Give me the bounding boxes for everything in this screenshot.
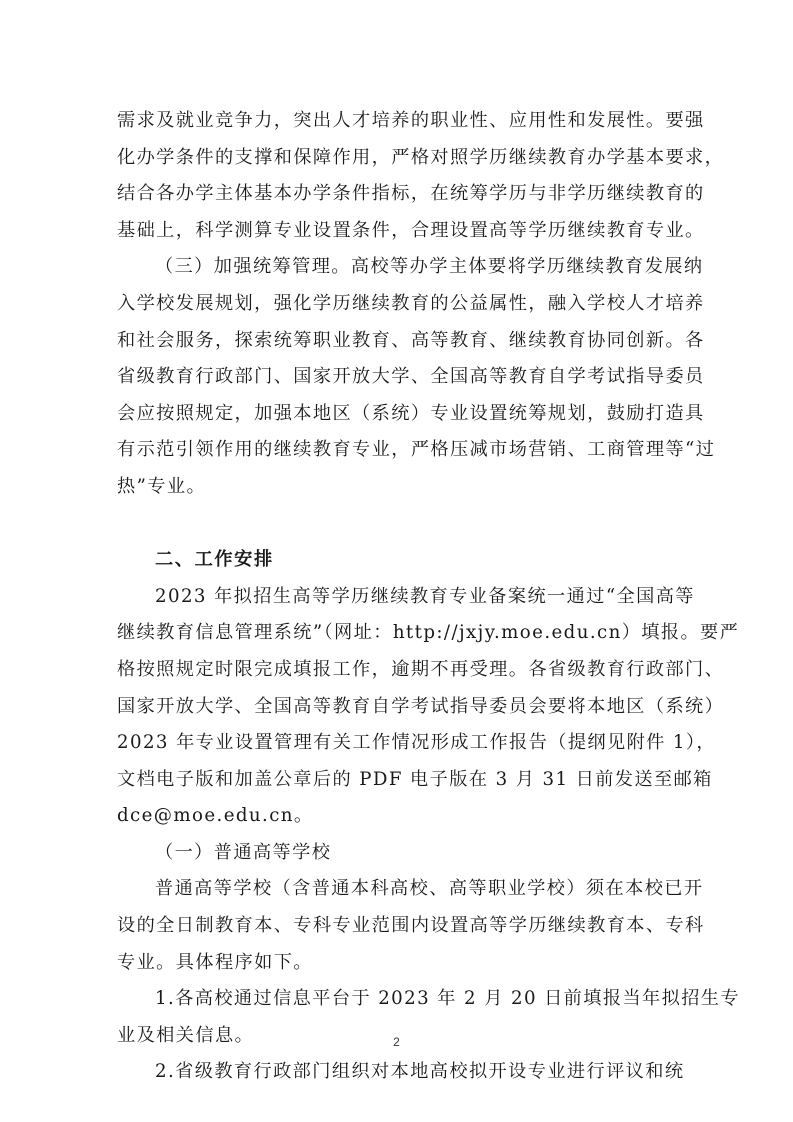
email-line: dce@moe.edu.cn。	[117, 798, 679, 835]
text-line: 热”专业。	[117, 469, 679, 506]
text-line: 和社会服务，探索统筹职业教育、高等教育、继续教育协同创新。各	[117, 323, 679, 360]
text-line: 省级教育行政部门、国家开放大学、全国高等教育自学考试指导委员	[117, 359, 679, 396]
text-line: 有示范引领作用的继续教育专业，严格压减市场营销、工商管理等“过	[117, 432, 679, 469]
paragraph-step-2: 2.省级教育行政部门组织对本地高校拟开设专业进行评议和统	[117, 1054, 679, 1091]
text-line: 专业。具体程序如下。	[117, 945, 679, 982]
section-heading: 二、工作安排	[117, 542, 679, 579]
text-line: 文档电子版和加盖公章后的 PDF 电子版在 3 月 31 日前发送至邮箱	[117, 762, 679, 799]
text-line: 1.各高校通过信息平台于 2023 年 2 月 20 日前填报当年拟招生专	[117, 981, 679, 1018]
paragraph-regular-universities: 普通高等学校（含普通本科高校、高等职业学校）须在本校已开 设的全日制教育本、专科…	[117, 871, 679, 981]
text-line: 结合各办学主体基本办学条件指标，在统筹学历与非学历继续教育的	[117, 176, 679, 213]
paragraph-work-arrangement: 2023 年拟招生高等学历继续教育专业备案统一通过“全国高等 继续教育信息管理系…	[117, 579, 679, 835]
text-line: 入学校发展规划，强化学历继续教育的公益属性，融入学校人才培养	[117, 286, 679, 323]
subheading-regular-universities: （一）普通高等学校	[117, 835, 679, 872]
text-line: 继续教育信息管理系统”（网址：http://jxjy.moe.edu.cn）填报…	[117, 615, 679, 652]
page-number: 2	[0, 1035, 793, 1049]
text-line: 化办学条件的支撑和保障作用，严格对照学历继续教育办学基本要求，	[117, 140, 679, 177]
text-line: 需求及就业竞争力，突出人才培养的职业性、应用性和发展性。要强	[117, 103, 679, 140]
text-line: 2023 年拟招生高等学历继续教育专业备案统一通过“全国高等	[117, 579, 679, 616]
paragraph-strengthen-coordination: （三）加强统筹管理。高校等办学主体要将学历继续教育发展纳 入学校发展规划，强化学…	[117, 249, 679, 505]
paragraph-gap	[117, 506, 679, 543]
text-line: 设的全日制教育本、专科专业范围内设置高等学历继续教育本、专科	[117, 908, 679, 945]
text-line: 基础上，科学测算专业设置条件，合理设置高等学历继续教育专业。	[117, 213, 679, 250]
text-line: 格按照规定时限完成填报工作，逾期不再受理。各省级教育行政部门、	[117, 652, 679, 689]
text-line: 会应按照规定，加强本地区（系统）专业设置统筹规划，鼓励打造具	[117, 396, 679, 433]
text-line: 国家开放大学、全国高等教育自学考试指导委员会要将本地区（系统）	[117, 689, 679, 726]
text-line: （三）加强统筹管理。高校等办学主体要将学历继续教育发展纳	[117, 249, 679, 286]
text-line: 普通高等学校（含普通本科高校、高等职业学校）须在本校已开	[117, 871, 679, 908]
text-line: 2.省级教育行政部门组织对本地高校拟开设专业进行评议和统	[117, 1054, 679, 1091]
paragraph-continuation: 需求及就业竞争力，突出人才培养的职业性、应用性和发展性。要强 化办学条件的支撑和…	[117, 103, 679, 249]
text-line: 2023 年专业设置管理有关工作情况形成工作报告（提纲见附件 1），	[117, 725, 679, 762]
document-page: 需求及就业竞争力，突出人才培养的职业性、应用性和发展性。要强 化办学条件的支撑和…	[117, 103, 679, 1091]
